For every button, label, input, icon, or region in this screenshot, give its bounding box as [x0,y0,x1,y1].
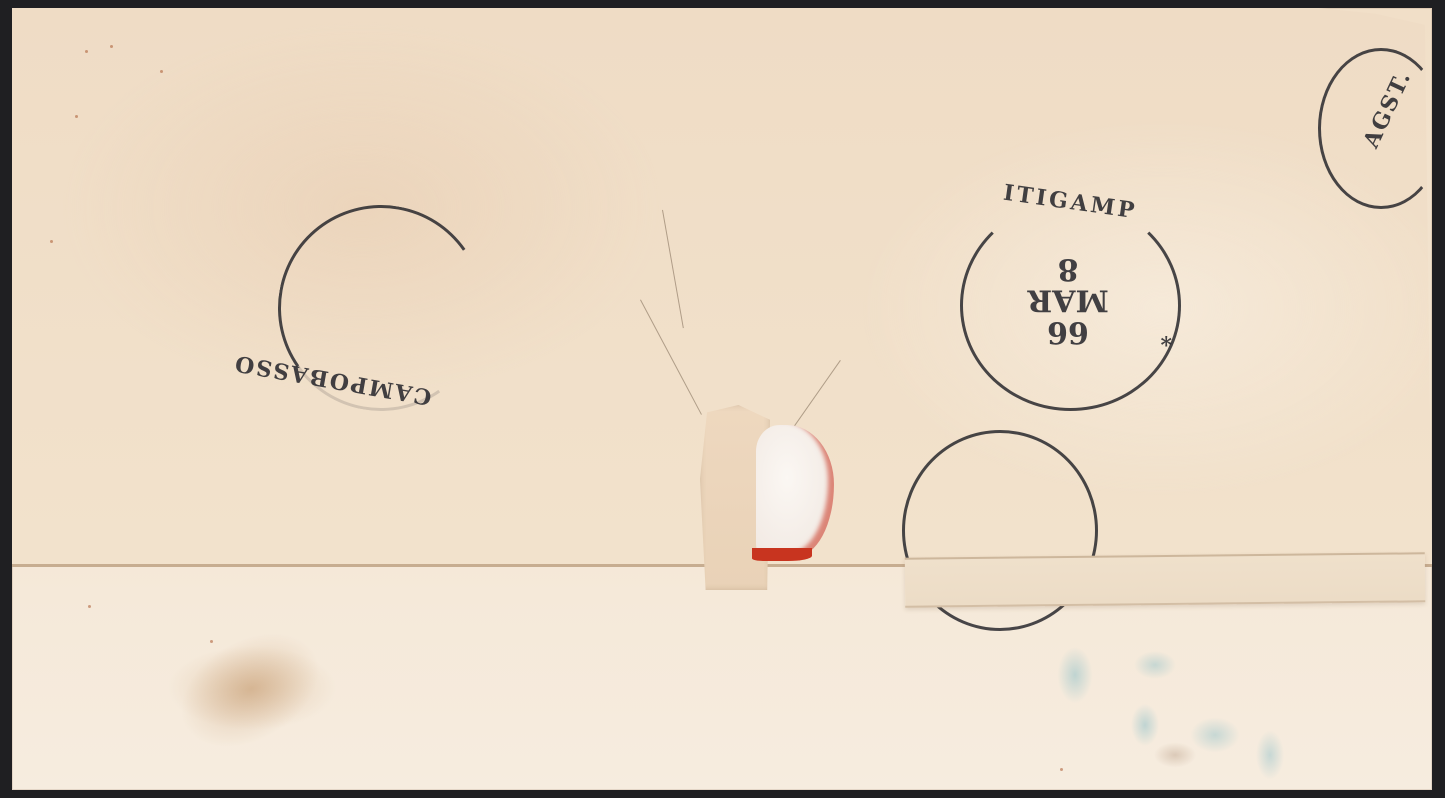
postmark-day: 8 [1018,253,1118,285]
foxing-speck [210,640,213,643]
postmark-napoli: ITIGAMP 66 MAR 8 * [960,200,1181,411]
postmark-date: AGST. [1358,66,1417,152]
foxing-speck [160,70,163,73]
postmark-year: 66 [1018,316,1118,348]
blue-crayon-marks [1015,615,1295,785]
foxing-speck [88,605,91,608]
foxing-speck [75,115,78,118]
foxing-speck [85,50,88,53]
postmark-date: 66 MAR 8 [1018,253,1118,348]
red-wax-seal [752,548,812,561]
foxing-speck [1060,768,1063,771]
flap-strip [905,552,1425,607]
postmark-right-edge: AGST. [1318,48,1444,209]
postmark-month: MAR [1018,285,1118,317]
foxing-speck [50,240,53,243]
foxing-speck [110,45,113,48]
star-icon: * [1160,333,1172,359]
